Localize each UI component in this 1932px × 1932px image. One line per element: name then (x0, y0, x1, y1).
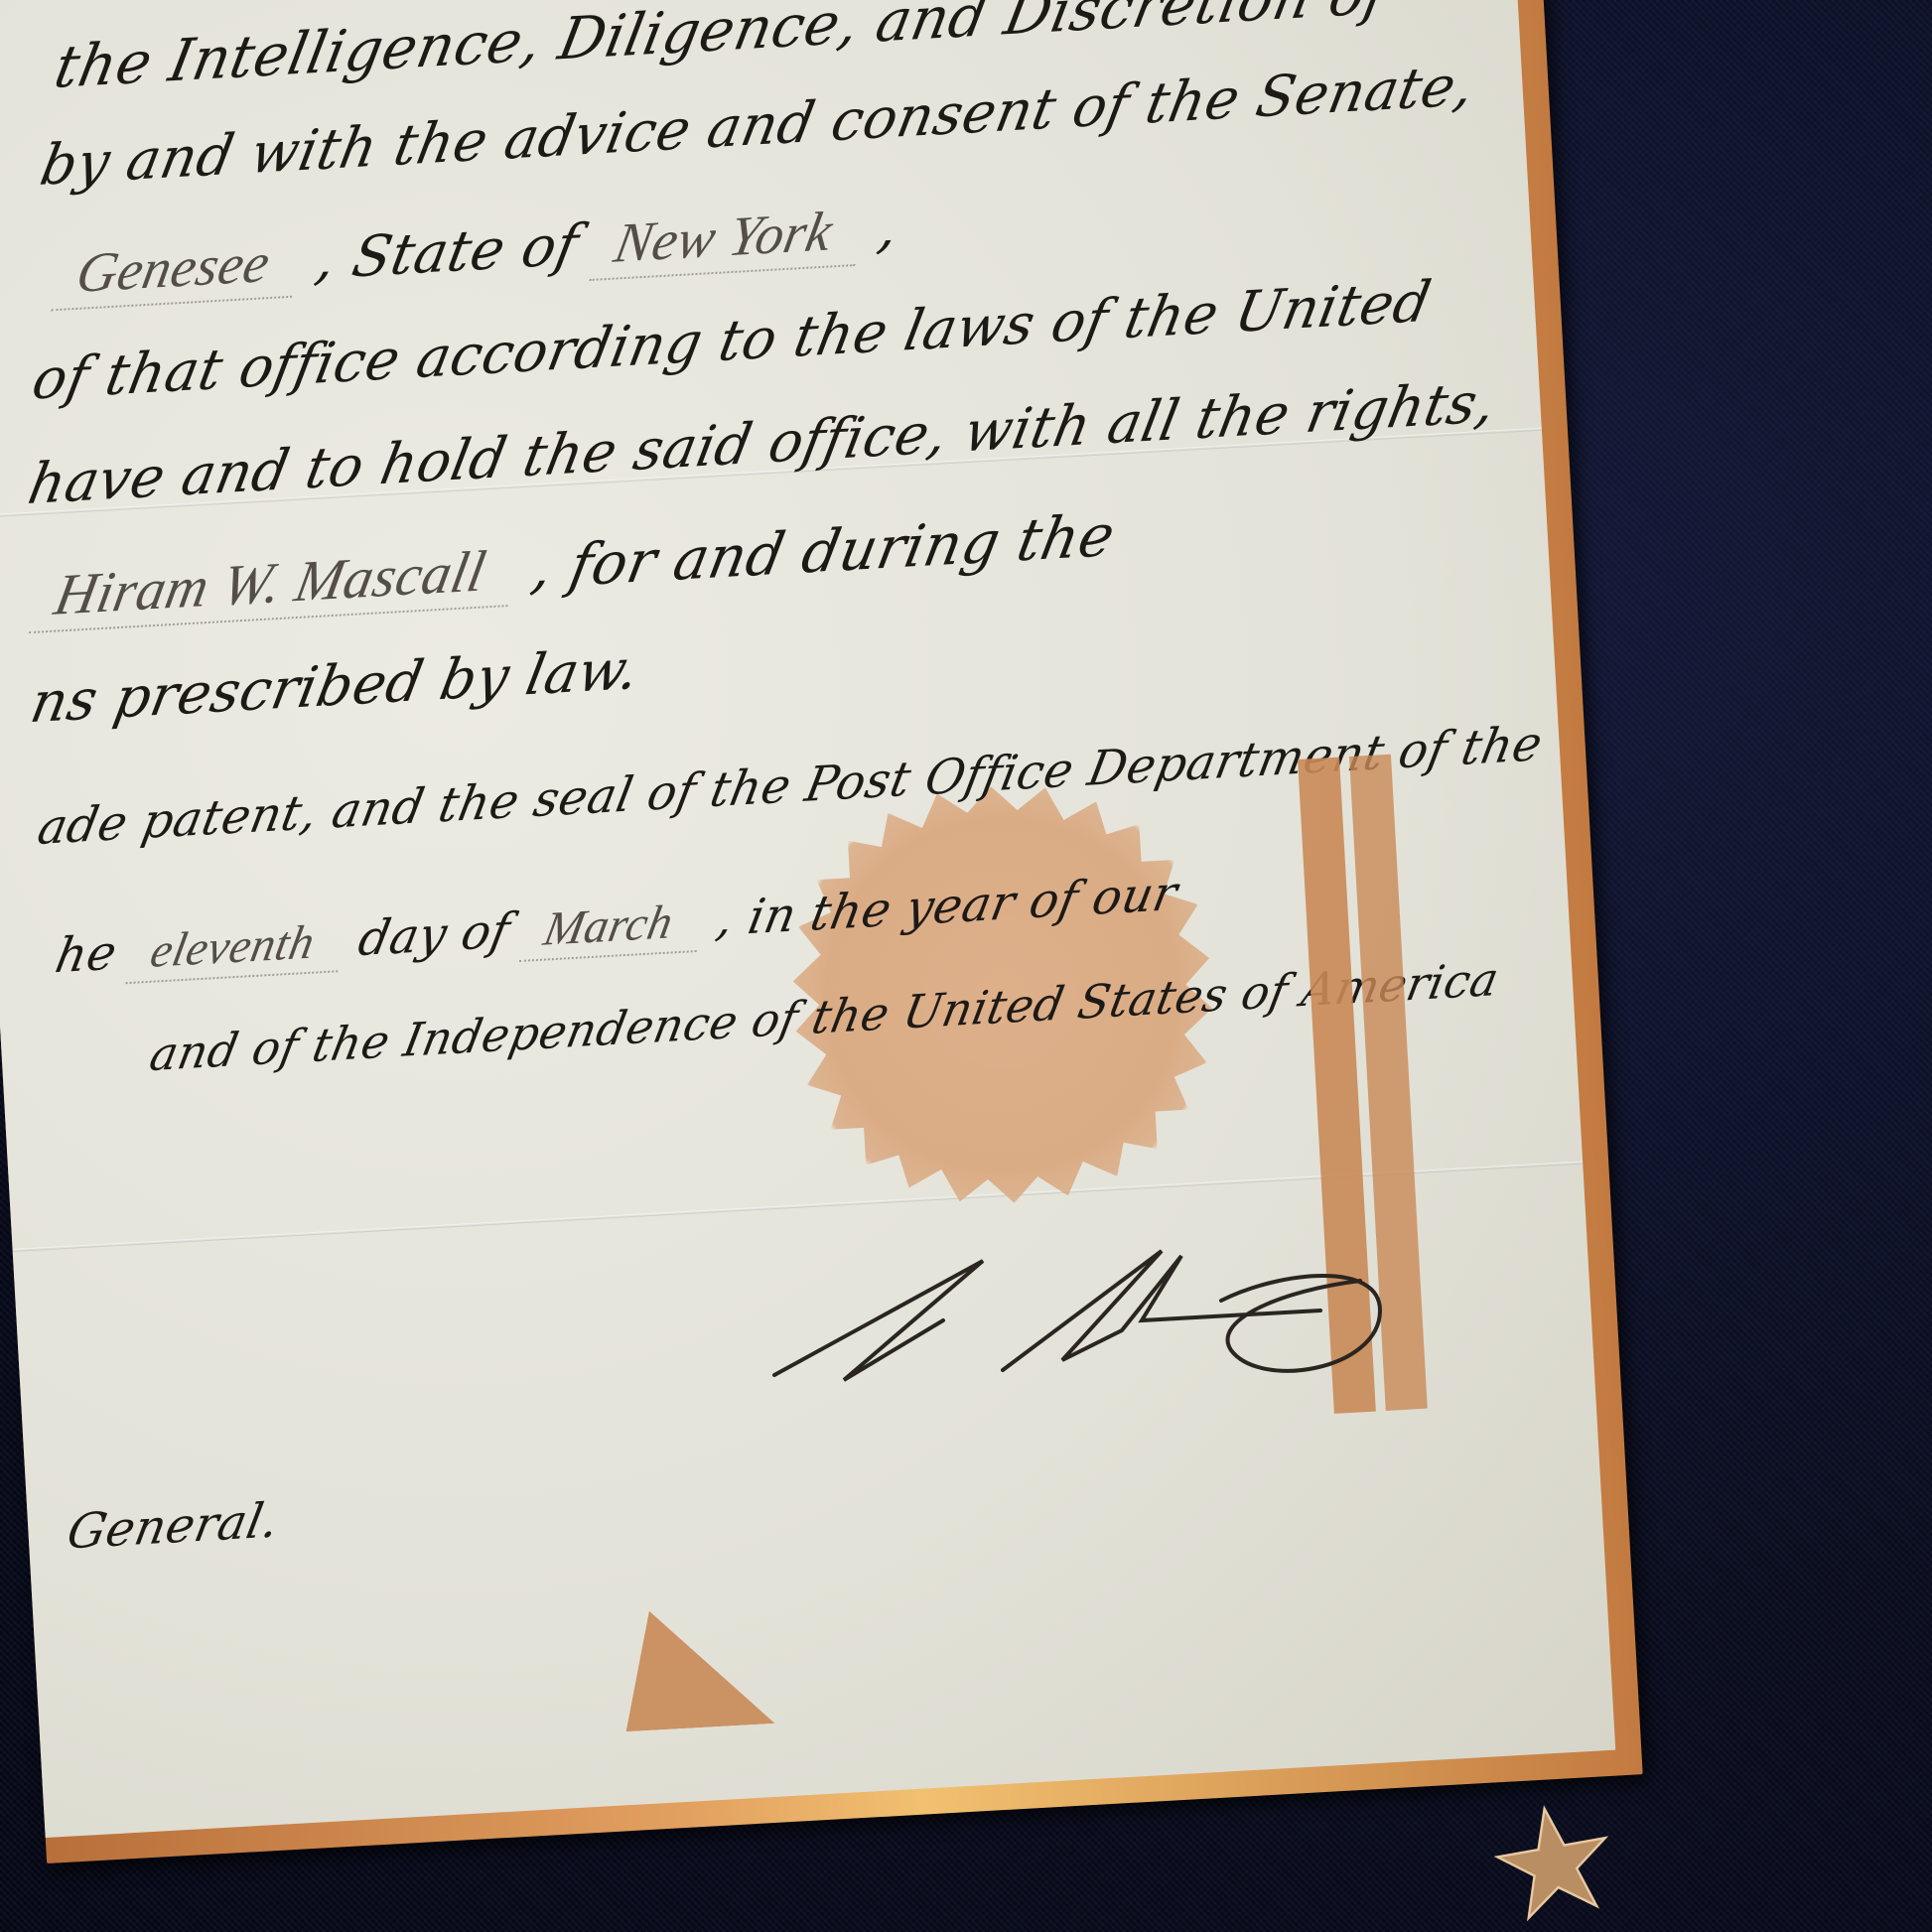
text-line-3: Genesee , State of New York , (51, 195, 903, 311)
comma: , (874, 195, 904, 261)
county-field: Genesee (51, 229, 305, 311)
the-prefix: he (51, 924, 121, 984)
day-field: eleventh (125, 913, 348, 985)
term-text: , for and during the (527, 501, 1121, 603)
tape-residue-corner (620, 1604, 774, 1731)
day-of-label: day of (354, 902, 515, 967)
state-label: , State of (311, 212, 584, 292)
month-field: March (519, 893, 708, 962)
document-paper: the Intelligence, Diligence, and Discret… (0, 0, 1615, 1838)
framed-document-photo: the Intelligence, Diligence, and Discret… (0, 0, 1932, 1932)
text-line-6: Hiram W. Mascall , for and during the (29, 501, 1121, 634)
signature (764, 1231, 1410, 1390)
text-line-7: ns prescribed by law. (26, 636, 645, 736)
state-field: New York (589, 198, 868, 281)
gold-star-pin-icon (1494, 1802, 1613, 1921)
gold-frame-bevel: the Intelligence, Diligence, and Discret… (0, 0, 1643, 1863)
appointee-name-field: Hiram W. Mascall (29, 535, 521, 633)
postmaster-general-title: General. (63, 1492, 284, 1561)
